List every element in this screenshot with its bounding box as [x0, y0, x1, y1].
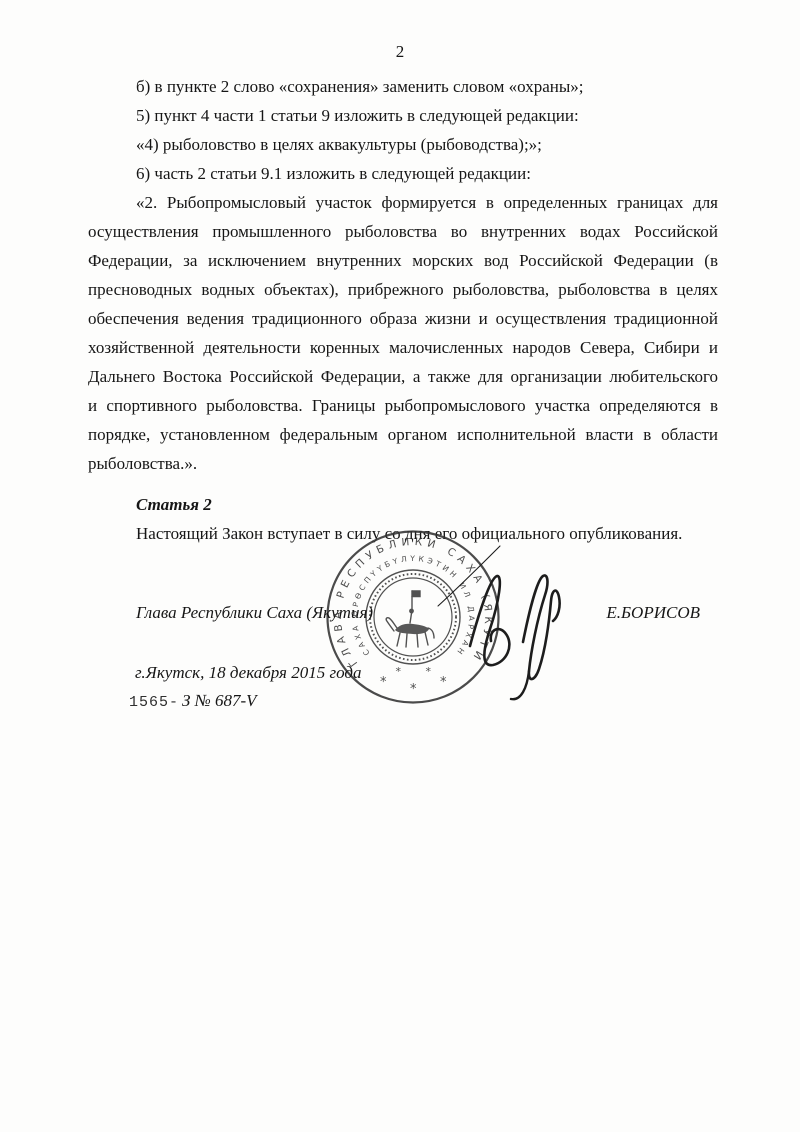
- page-number: 2: [0, 42, 800, 62]
- signer-title: Глава Республики Саха (Якутия): [88, 603, 373, 623]
- amendment-item: 5) пункт 4 части 1 статьи 9 изложить в с…: [88, 101, 718, 130]
- amendment-item: «4) рыболовство в целях аквакультуры (ры…: [88, 130, 718, 159]
- quoted-paragraph: «2. Рыбопромысловый участок формируется …: [88, 188, 718, 478]
- amendment-item: 6) часть 2 статьи 9.1 изложить в следующ…: [88, 159, 718, 188]
- place-and-date: г.Якутск, 18 декабря 2015 года: [135, 663, 361, 683]
- seal-star: *: [380, 675, 387, 690]
- scanned-law-page: 2 б) в пункте 2 слово «сохранения» замен…: [0, 0, 800, 1132]
- registration-number: 1565-: [129, 694, 179, 711]
- document-number: 1565-З № 687-V: [129, 691, 257, 711]
- document-body: б) в пункте 2 слово «сохранения» заменит…: [88, 72, 718, 548]
- article-heading: Статья 2: [88, 490, 718, 519]
- law-number: З № 687-V: [182, 691, 257, 710]
- amendment-item: б) в пункте 2 слово «сохранения» заменит…: [88, 72, 718, 101]
- signature-row: Глава Республики Саха (Якутия) Е.БОРИСОВ: [88, 603, 718, 623]
- signer-name: Е.БОРИСОВ: [606, 603, 718, 623]
- seal-star: *: [410, 682, 417, 697]
- seal-star: *: [396, 665, 402, 678]
